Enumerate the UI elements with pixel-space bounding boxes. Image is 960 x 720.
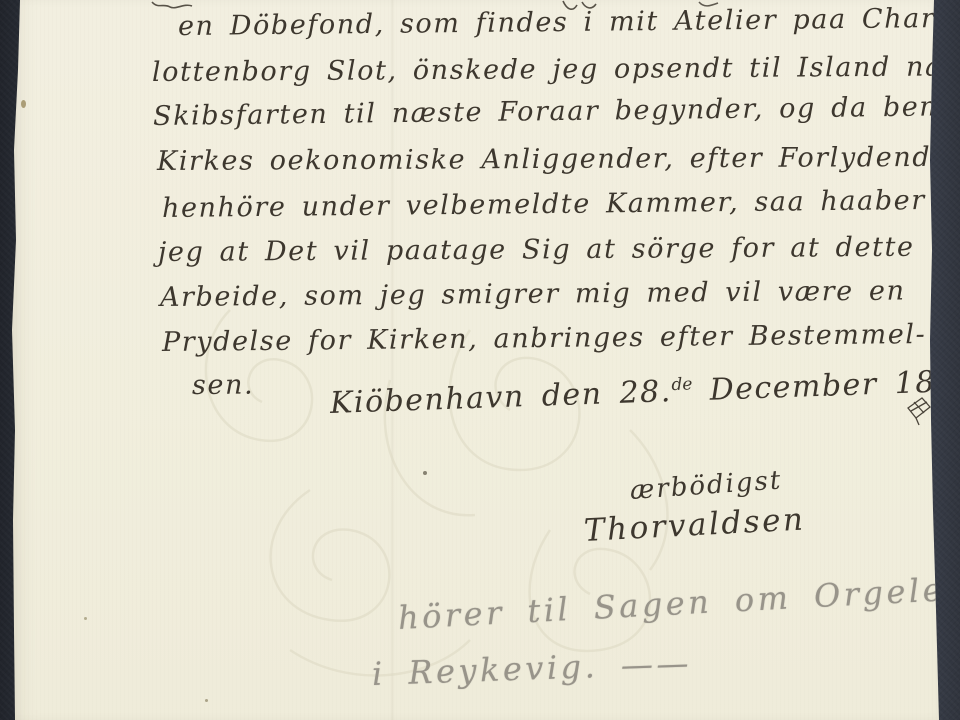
pencil-note-line: i Reykevig. —— bbox=[371, 644, 692, 693]
paper-speck bbox=[21, 100, 26, 108]
paper-speck bbox=[205, 699, 208, 702]
letter-dateline: Kiöbenhavn den 28.de December 1838. bbox=[329, 363, 960, 421]
margin-grid-doodle-icon bbox=[905, 395, 933, 429]
letter-body-line: sen. bbox=[192, 370, 254, 401]
letter-body-line: Prydelse for Kirken, anbringes efter Bes… bbox=[162, 319, 927, 358]
letter-body-line: jeg at Det vil paatage Sig at sörge for … bbox=[158, 232, 915, 268]
letter-body-line: Kirkes oekonomiske Anliggender, efter Fo… bbox=[157, 142, 959, 177]
letter-body-line: henhöre under velbemeldte Kammer, saa ha… bbox=[162, 185, 926, 224]
letter-body-line: Arbeide, som jeg smigrer mig med vil vær… bbox=[160, 275, 906, 313]
paper-speck bbox=[423, 471, 427, 475]
photo-background: en Döbefond, som findes i mit Atelier pa… bbox=[0, 0, 960, 720]
letter-valediction: ærbödigst bbox=[629, 465, 783, 506]
letter-body-line: lottenborg Slot, önskede jeg opsendt til… bbox=[152, 51, 960, 88]
letter-body-line: en Döbefond, som findes i mit Atelier pa… bbox=[178, 3, 946, 42]
dateline-ordinal-superscript: de bbox=[671, 374, 693, 395]
paper-speck bbox=[84, 617, 87, 620]
letter-body-line: Skibsfarten til næste Foraar begynder, o… bbox=[153, 90, 960, 132]
letter-signature: Thorvaldsen bbox=[583, 501, 806, 549]
letter-page: en Döbefond, som findes i mit Atelier pa… bbox=[0, 0, 960, 720]
dateline-place-day: Kiöbenhavn den 28. bbox=[329, 374, 672, 421]
pencil-note-line: hörer til Sagen om Orgelet bbox=[397, 570, 960, 637]
